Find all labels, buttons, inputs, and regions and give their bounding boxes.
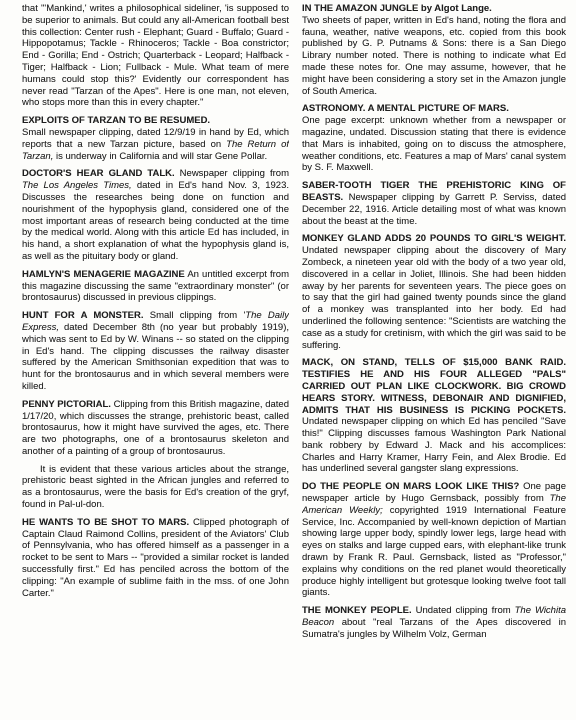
body-text: Undated newspaper clipping on which Ed h… <box>302 416 566 474</box>
entry-heading: HAMLYN'S MENAGERIE MAGAZINE <box>22 269 185 280</box>
entry-heading: MONKEY GLAND ADDS 20 POUNDS TO GIRL'S WE… <box>302 233 566 244</box>
entry-hamlyn-s-menagerie-magazine: HAMLYN'S MENAGERIE MAGAZINE An untitled … <box>22 269 289 304</box>
body-text: It is evident that these various article… <box>22 464 289 510</box>
entry-the-monkey-people: THE MONKEY PEOPLE. Undated clipping from… <box>302 605 566 640</box>
entry-heading: HUNT FOR A MONSTER. <box>22 310 143 321</box>
body-text: about "real Tarzans of the Apes discover… <box>302 617 566 640</box>
body-text: Small clipping from ' <box>150 310 246 321</box>
body-text: Clipped photograph of Captain Claud Raim… <box>22 517 289 599</box>
entry-mack-on-stand-tells: MACK, ON STAND, TELLS OF $15,000 BANK RA… <box>302 357 566 475</box>
body-paragraph: that "'Mankind,' writes a philosophical … <box>22 3 289 109</box>
entry-heading: DO THE PEOPLE ON MARS LOOK LIKE THIS? <box>302 481 519 492</box>
entry-heading: IN THE AMAZON JUNGLE by Algot Lange. <box>302 3 566 15</box>
entry-heading: THE MONKEY PEOPLE. <box>302 605 412 616</box>
entry-do-the-people-on: DO THE PEOPLE ON MARS LOOK LIKE THIS? On… <box>302 481 566 599</box>
body-text: dated December 8th (no year but probably… <box>22 322 289 392</box>
entry-penny-pictorial: PENNY PICTORIAL. Clipping from this Brit… <box>22 399 289 458</box>
body-text: Two sheets of paper, written in Ed's han… <box>302 15 566 97</box>
scanned-document-page: that "'Mankind,' writes a philosophical … <box>0 0 576 720</box>
body-text: copyrighted 1919 International Feature S… <box>302 505 566 599</box>
body-text: that "'Mankind,' writes a philosophical … <box>22 3 289 108</box>
entry-hunt-for-a-monster: HUNT FOR A MONSTER. Small clipping from … <box>22 310 289 393</box>
entry-heading: EXPLOITS OF TARZAN TO BE RESUMED. <box>22 115 289 127</box>
body-text: dated in Ed's hand Nov. 3, 1923. Discuss… <box>22 180 289 262</box>
body-text: is underway in California and will star … <box>53 151 267 162</box>
entry-heading: ASTRONOMY. A MENTAL PICTURE OF MARS. <box>302 103 566 115</box>
entry-in-the-amazon-jungle: IN THE AMAZON JUNGLE by Algot Lange.Two … <box>302 3 566 97</box>
entry-doctor-s-hear-gland: DOCTOR'S HEAR GLAND TALK. Newspaper clip… <box>22 168 289 262</box>
body-text: Undated newspaper clipping about the dis… <box>302 245 566 350</box>
entry-monkey-gland-adds-20: MONKEY GLAND ADDS 20 POUNDS TO GIRL'S WE… <box>302 233 566 351</box>
text-column-right: IN THE AMAZON JUNGLE by Algot Lange.Two … <box>302 3 566 720</box>
body-text: Newspaper clipping from <box>180 168 289 179</box>
body-paragraph: It is evident that these various article… <box>22 464 289 511</box>
entry-heading: MACK, ON STAND, TELLS OF $15,000 BANK RA… <box>302 357 566 415</box>
text-column-left: that "'Mankind,' writes a philosophical … <box>22 3 289 720</box>
entry-exploits-of-tarzan-to: EXPLOITS OF TARZAN TO BE RESUMED.Small n… <box>22 115 289 162</box>
entry-saber-tooth-tiger-the: SABER-TOOTH TIGER THE PREHISTORIC KING O… <box>302 180 566 227</box>
entry-heading: DOCTOR'S HEAR GLAND TALK. <box>22 168 175 179</box>
entry-he-wants-to-be: HE WANTS TO BE SHOT TO MARS. Clipped pho… <box>22 517 289 600</box>
body-text: Undated clipping from <box>416 605 515 616</box>
entry-astronomy-a-mental-picture: ASTRONOMY. A MENTAL PICTURE OF MARS.One … <box>302 103 566 174</box>
body-text: One page excerpt: unknown whether from a… <box>302 115 566 173</box>
entry-heading: PENNY PICTORIAL. <box>22 399 111 410</box>
publication-title: The Los Angeles Times, <box>22 180 132 191</box>
entry-heading: HE WANTS TO BE SHOT TO MARS. <box>22 517 189 528</box>
